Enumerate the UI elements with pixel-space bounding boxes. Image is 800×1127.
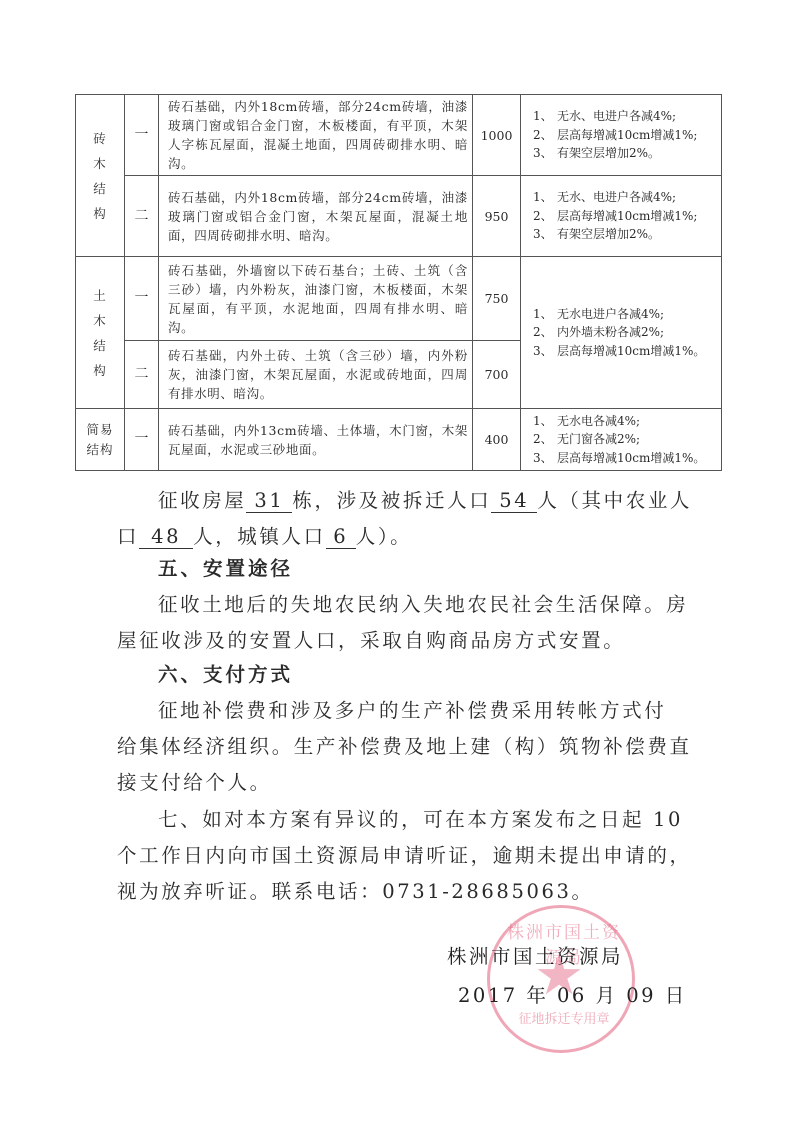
category-label: 砖木结构 [93,126,107,226]
category-label: 土木结构 [93,283,107,383]
adjustments-cell: 1、无水电进户各减4%; 2、内外墙未粉各减2%; 3、层高每增减10cm增减1… [521,257,722,409]
table-row: 二 砖石基础，内外18cm砖墙，部分24cm砖墙，油漆玻璃门窗或铝合金门窗，木架… [76,176,722,257]
section-6-line-2: 给集体经济组织。生产补偿费及地上建（构）筑物补偿费直 [117,731,692,759]
category-cell: 土木结构 [76,257,125,409]
price-cell: 700 [473,341,521,409]
adjustments-cell: 1、无水、电进户各减4%; 2、层高每增减10cm增减1%; 3、有架空层增加2… [521,176,722,257]
price-cell: 400 [473,409,521,471]
houses-count: 31 [246,490,292,513]
seal-bottom-text: 征地拆迁专用章 [500,1008,628,1027]
description-cell: 砖石基础，内外18cm砖墙，部分24cm砖墙，油漆玻璃门窗或铝合金门窗，木板楼面… [159,95,473,176]
grade-cell: 二 [125,341,159,409]
summary-line-2: 口48人，城镇人口6人）。 [117,521,412,549]
category-label: 简易结构 [86,420,114,460]
price-cell: 750 [473,257,521,341]
building-compensation-table: 砖木结构 一 砖石基础，内外18cm砖墙，部分24cm砖墙，油漆玻璃门窗或铝合金… [75,94,722,471]
official-seal: 株洲市国土资源局 ★ 征地拆迁专用章 [487,905,635,1053]
table-row: 简易结构 一 砖石基础，内外13cm砖墙、土体墙，木门窗，木架瓦屋面，水泥或三砂… [76,409,722,471]
grade-cell: 一 [125,409,159,471]
description-cell: 砖石基础，内外土砖、土筑（含三砂）墙，内外粉灰，油漆门窗，木架瓦屋面，水泥或砖地… [159,341,473,409]
signature-org: 株洲市国土资源局 [447,941,623,969]
adjustments-cell: 1、无水、电进户各减4%; 2、层高每增减10cm增减1%; 3、有架空层增加2… [521,95,722,176]
section-7-line-1: 七、如对本方案有异议的，可在本方案发布之日起 10 [158,804,683,832]
adjustments-cell: 1、无水电各减4%; 2、无门窗各减2%; 3、层高每增减10cm增减1%。 [521,409,722,471]
section-6-heading: 六、支付方式 [158,659,293,687]
document-page: 砖木结构 一 砖石基础，内外18cm砖墙，部分24cm砖墙，油漆玻璃门窗或铝合金… [0,0,800,1127]
section-6-line-1: 征地补偿费和涉及多户的生产补偿费采用转帐方式付 [158,695,666,723]
grade-cell: 一 [125,95,159,176]
description-cell: 砖石基础，内外18cm砖墙，部分24cm砖墙，油漆玻璃门窗或铝合金门窗，木架瓦屋… [159,176,473,257]
category-cell: 砖木结构 [76,95,125,257]
signature-date: 2017 年 06 月 09 日 [458,980,687,1008]
section-7-line-3: 视为放弃听证。联系电话：0731-28685063。 [117,876,594,904]
summary-line-1: 征收房屋31栋，涉及被拆迁人口54人（其中农业人 [158,485,692,513]
urban-population: 6 [326,526,356,549]
section-5-line-2: 屋征收涉及的安置人口，采取自购商品房方式安置。 [117,625,625,653]
description-cell: 砖石基础，外墙窗以下砖石基台；土砖、土筑（含三砂）墙，内外粉灰，油漆门窗，木板楼… [159,257,473,341]
section-5-line-1: 征收土地后的失地农民纳入失地农民社会生活保障。房 [158,589,688,617]
table-row: 土木结构 一 砖石基础，外墙窗以下砖石基台；土砖、土筑（含三砂）墙，内外粉灰，油… [76,257,722,341]
agricultural-population: 48 [139,526,193,549]
people-count: 54 [491,490,537,513]
table-row: 砖木结构 一 砖石基础，内外18cm砖墙，部分24cm砖墙，油漆玻璃门窗或铝合金… [76,95,722,176]
section-6-line-3: 接支付给个人。 [117,767,272,795]
price-cell: 950 [473,176,521,257]
category-cell: 简易结构 [76,409,125,471]
grade-cell: 一 [125,257,159,341]
section-7-line-2: 个工作日内向市国土资源局申请听证，逾期未提出申请的， [117,840,692,868]
grade-cell: 二 [125,176,159,257]
price-cell: 1000 [473,95,521,176]
description-cell: 砖石基础，内外13cm砖墙、土体墙，木门窗，木架瓦屋面，水泥或三砂地面。 [159,409,473,471]
section-5-heading: 五、安置途径 [158,553,293,581]
